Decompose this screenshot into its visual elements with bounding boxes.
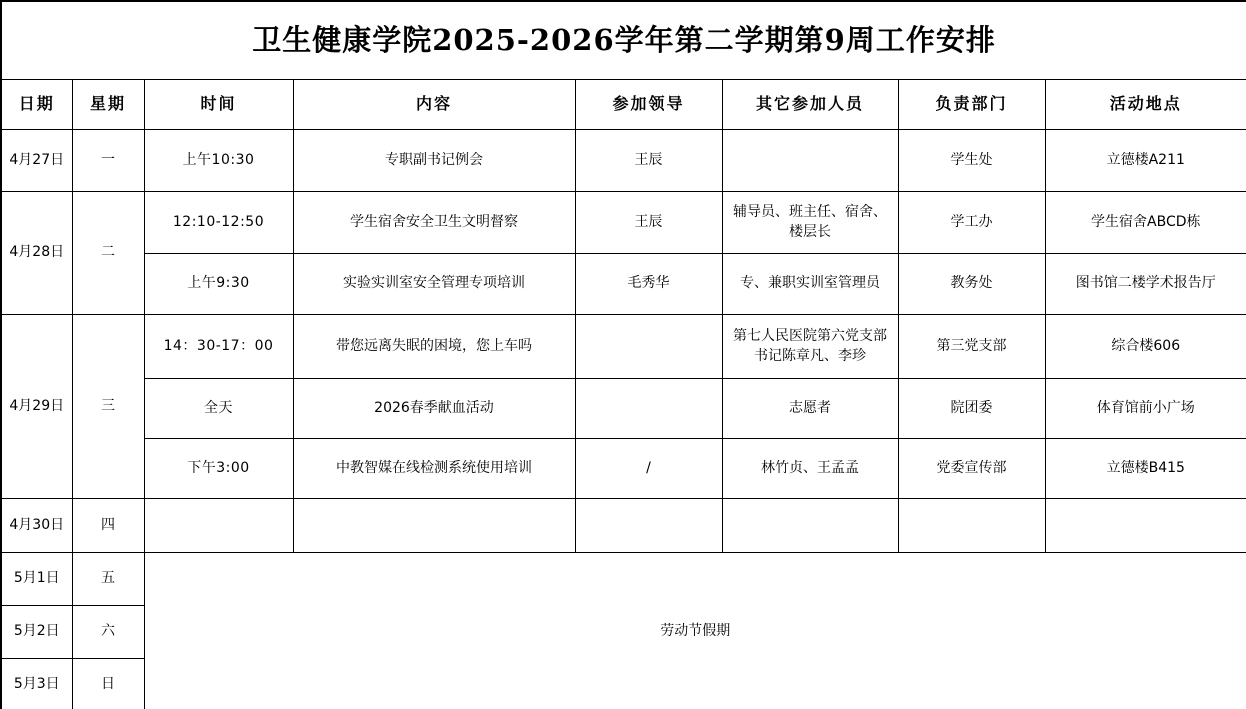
- department-cell: 党委宣传部: [898, 438, 1045, 498]
- leaders-cell: 王辰: [575, 191, 722, 253]
- date-cell: 4月29日: [1, 314, 72, 498]
- location-cell: [1045, 498, 1246, 552]
- weekday-cell: 五: [72, 552, 144, 605]
- others-cell: 辅导员、班主任、宿舍、楼层长: [722, 191, 898, 253]
- leaders-cell: 王辰: [575, 129, 722, 191]
- content-cell: 实验实训室安全管理专项培训: [293, 253, 575, 314]
- col-header-department: 负责部门: [898, 79, 1045, 129]
- table-row: 下午3:00 中教智媒在线检测系统使用培训 / 林竹贞、王孟孟 党委宣传部 立德…: [1, 438, 1246, 498]
- table-row: 4月28日 二 12:10-12:50 学生宿舍安全卫生文明督察 王辰 辅导员、…: [1, 191, 1246, 253]
- col-header-content: 内容: [293, 79, 575, 129]
- weekday-cell: 日: [72, 658, 144, 709]
- date-cell: 5月1日: [1, 552, 72, 605]
- weekday-cell: 三: [72, 314, 144, 498]
- time-cell: 下午3:00: [144, 438, 293, 498]
- schedule-page: 卫生健康学院2025-2026学年第二学期第9周工作安排 日期 星期 时间 内容…: [0, 0, 1246, 709]
- location-cell: 立德楼B415: [1045, 438, 1246, 498]
- weekly-schedule-table: 卫生健康学院2025-2026学年第二学期第9周工作安排 日期 星期 时间 内容…: [0, 0, 1246, 709]
- leaders-cell: [575, 314, 722, 378]
- leaders-cell: [575, 378, 722, 438]
- col-header-leaders: 参加领导: [575, 79, 722, 129]
- location-cell: 综合楼606: [1045, 314, 1246, 378]
- time-cell: 上午10:30: [144, 129, 293, 191]
- table-row: 4月27日 一 上午10:30 专职副书记例会 王辰 学生处 立德楼A211: [1, 129, 1246, 191]
- table-row: 4月30日 四: [1, 498, 1246, 552]
- department-cell: 学生处: [898, 129, 1045, 191]
- department-cell: 院团委: [898, 378, 1045, 438]
- date-cell: 4月28日: [1, 191, 72, 314]
- time-cell: 14：30-17：00: [144, 314, 293, 378]
- col-header-others: 其它参加人员: [722, 79, 898, 129]
- content-cell: 学生宿舍安全卫生文明督察: [293, 191, 575, 253]
- time-cell: 全天: [144, 378, 293, 438]
- others-cell: 林竹贞、王孟孟: [722, 438, 898, 498]
- leaders-cell: /: [575, 438, 722, 498]
- department-cell: [898, 498, 1045, 552]
- col-header-time: 时间: [144, 79, 293, 129]
- department-cell: 第三党支部: [898, 314, 1045, 378]
- weekday-cell: 一: [72, 129, 144, 191]
- table-row: 全天 2026春季献血活动 志愿者 院团委 体育馆前小广场: [1, 378, 1246, 438]
- location-cell: 体育馆前小广场: [1045, 378, 1246, 438]
- time-cell: 上午9:30: [144, 253, 293, 314]
- department-cell: 教务处: [898, 253, 1045, 314]
- location-cell: 学生宿舍ABCD栋: [1045, 191, 1246, 253]
- others-cell: [722, 129, 898, 191]
- table-row: 4月29日 三 14：30-17：00 带您远离失眠的困境，您上车吗 第七人民医…: [1, 314, 1246, 378]
- weekday-cell: 六: [72, 605, 144, 658]
- col-header-date: 日期: [1, 79, 72, 129]
- location-cell: 立德楼A211: [1045, 129, 1246, 191]
- content-cell: 专职副书记例会: [293, 129, 575, 191]
- content-cell: 中教智媒在线检测系统使用培训: [293, 438, 575, 498]
- others-cell: 第七人民医院第六党支部书记陈章凡、李珍: [722, 314, 898, 378]
- table-header-row: 日期 星期 时间 内容 参加领导 其它参加人员 负责部门 活动地点: [1, 79, 1246, 129]
- date-cell: 5月2日: [1, 605, 72, 658]
- others-cell: [722, 498, 898, 552]
- leaders-cell: 毛秀华: [575, 253, 722, 314]
- others-cell: 专、兼职实训室管理员: [722, 253, 898, 314]
- time-cell: 12:10-12:50: [144, 191, 293, 253]
- content-cell: 2026春季献血活动: [293, 378, 575, 438]
- date-cell: 5月3日: [1, 658, 72, 709]
- leaders-cell: [575, 498, 722, 552]
- holiday-note-cell: 劳动节假期: [144, 552, 1246, 709]
- weekday-cell: 二: [72, 191, 144, 314]
- content-cell: 带您远离失眠的困境，您上车吗: [293, 314, 575, 378]
- date-cell: 4月30日: [1, 498, 72, 552]
- col-header-weekday: 星期: [72, 79, 144, 129]
- content-cell: [293, 498, 575, 552]
- col-header-location: 活动地点: [1045, 79, 1246, 129]
- others-cell: 志愿者: [722, 378, 898, 438]
- weekday-cell: 四: [72, 498, 144, 552]
- date-cell: 4月27日: [1, 129, 72, 191]
- location-cell: 图书馆二楼学术报告厅: [1045, 253, 1246, 314]
- table-row: 上午9:30 实验实训室安全管理专项培训 毛秀华 专、兼职实训室管理员 教务处 …: [1, 253, 1246, 314]
- time-cell: [144, 498, 293, 552]
- table-row: 5月1日 五 劳动节假期: [1, 552, 1246, 605]
- page-title: 卫生健康学院2025-2026学年第二学期第9周工作安排: [1, 1, 1246, 79]
- department-cell: 学工办: [898, 191, 1045, 253]
